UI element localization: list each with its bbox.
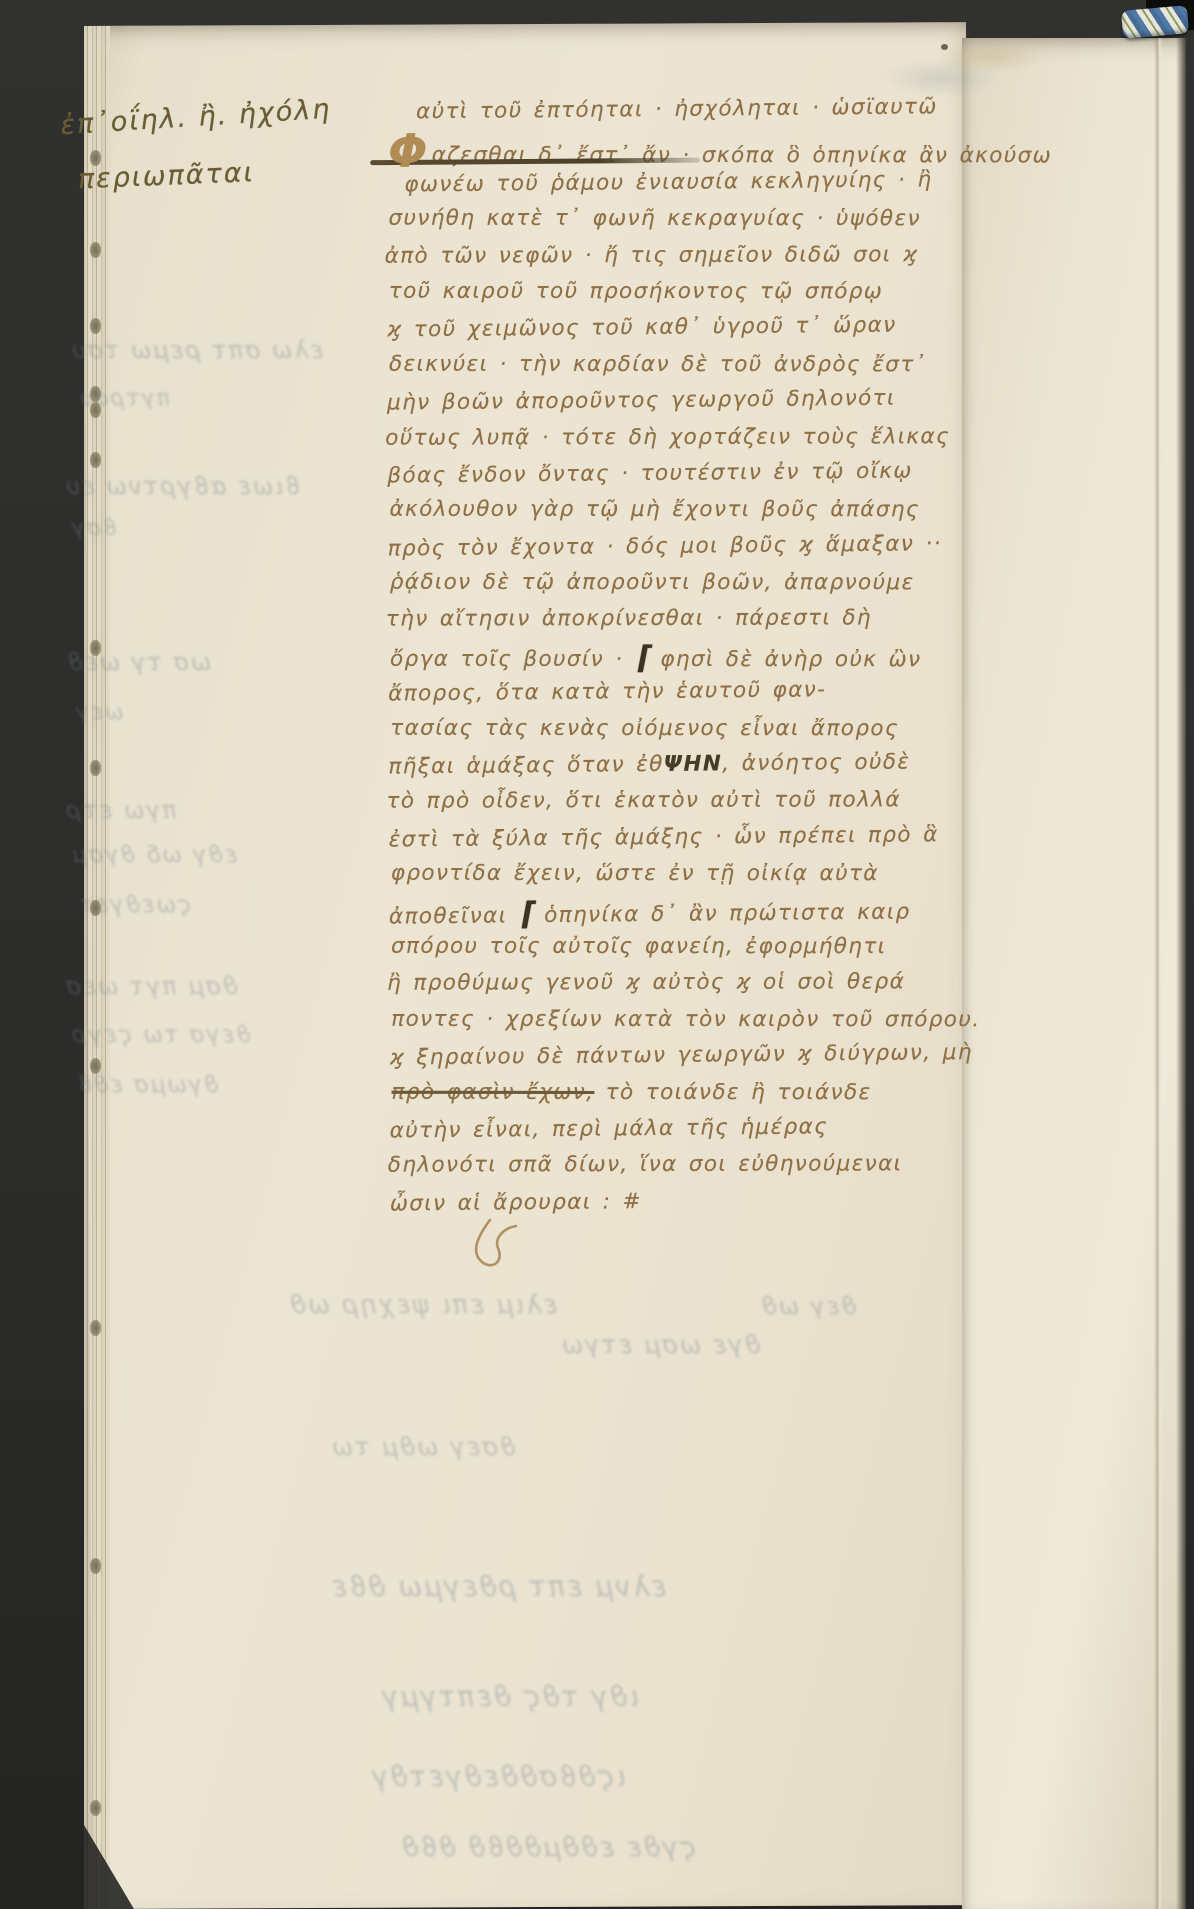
manuscript-line: ἀπὸ τῶν νεφῶν · ἤ τις σημεῖον διδῶ σοι ϗ	[385, 237, 915, 275]
manuscript-line: φροντίδα ἔχειν, ὥστε ἐν τῇ οἰκίᾳ αὐτὰ	[391, 856, 921, 893]
manuscript-line: αὐτὶ τοῦ ἐπτόηται · ἠσχόληται · ὡσϊαυτῶ	[416, 90, 916, 131]
ink-fleck	[941, 44, 948, 50]
ghost-text-line: ελιμ επι ψεχηρ ωϑ	[288, 1290, 558, 1320]
manuscript-line: τασίας τὰς κενὰς οἰόμενος εἶναι ἄπορος	[390, 710, 920, 747]
page-crease	[1154, 38, 1162, 1909]
ghost-text-line: ϑγε ωσμ ετγω	[560, 1330, 761, 1359]
sewing-smudge	[90, 1320, 101, 1336]
ghost-text-line: εϑγ ωδ ϑγσμ	[70, 842, 237, 868]
sewing-smudge	[90, 1800, 101, 1816]
manuscript-line: ἐστὶ τὰ ξύλα τῆς ἁμάξης · ὧν πρέπει πρὸ …	[388, 817, 918, 858]
margin-gloss-line1: ἐπ᾽οΐηλ. ἢ. ἠχόλη	[60, 94, 333, 142]
manuscript-photo: { "manuscript": { "description": "Greek …	[0, 0, 1194, 1909]
manuscript-line: ἀκόλουθον γὰρ τῷ μὴ ἔχοντι βοῦς ἀπάσης	[389, 492, 919, 529]
main-text-block: αὐτὶ τοῦ ἐπτόηται · ἠσχόληται · ὡσϊαυτῶΦ…	[386, 91, 920, 1221]
ghost-text-line: ϑεγσ τω ϛεγρ	[70, 1022, 251, 1048]
ghost-text-line: ϐσγ	[70, 516, 116, 541]
paragraph-mark: ⌈	[638, 640, 654, 676]
ghost-text-line: ϐιωε αϐγρτνω ευ	[64, 472, 300, 500]
manuscript-line: τὸ πρὸ οἶδεν, ὅτι ἑκατὸν αὐτὶ τοῦ πολλά	[386, 783, 916, 821]
manuscript-line: τοῦ καιροῦ τοῦ προσήκοντος τῷ σπόρῳ	[389, 274, 919, 311]
manuscript-line: συνήθη κατὲ τ᾽ φωνῆ κεκραγυίας · ὑψόθεν	[388, 201, 918, 238]
ghost-text-line: ϑσεγ ωϑμ τω	[330, 1432, 516, 1461]
manuscript-line: πρὸς τὸν ἔχοντα · δός μοι βοῦς ϗ ἅμαξαν …	[387, 526, 917, 567]
ghost-text-line: ϑεγ ωϑ	[760, 1292, 857, 1320]
margin-gloss: ἐπ᾽οΐηλ. ἢ. ἠχόλη περιωπᾶται	[59, 79, 366, 213]
final-flourish	[460, 1218, 530, 1278]
manuscript-line: ἄπορος, ὅτα κατὰ τὴν ἑαυτοῦ φαν-	[388, 672, 918, 713]
ghost-text-line: ϛγϑε εϑϑμϑϑϐϑ ϑϐϑ	[400, 1832, 696, 1863]
ghost-text-line: ωεγ	[74, 700, 123, 725]
ghost-text-line: ϑγωμσ εϑϐ	[76, 1072, 218, 1098]
sewing-smudge	[90, 760, 101, 776]
ghost-text-line: ιϑγ τϑϛ ϑεπτγμγ	[380, 1680, 639, 1713]
ghost-text-line: ελνμ επτ ρϑεγμω ϑϐε	[330, 1570, 666, 1603]
manuscript-line: ὦσιν αἱ ἄρουραι : #	[390, 1181, 920, 1222]
ghost-text-line: ωσ τγ ωεϑ	[66, 648, 211, 676]
manuscript-line: μὴν βοῶν ἀποροῦντος γεωργοῦ δηλονότι	[387, 381, 917, 422]
binding-gutter-edge	[84, 26, 110, 1909]
ghost-text-line: πγτρσυ	[78, 386, 170, 411]
ghost-text-line: ϑσμ πγτ ωεσ	[64, 972, 238, 1000]
ghost-text-line: ϛωεϑγετ	[78, 892, 191, 918]
manuscript-line: ποντες · χρεξίων κατὰ τὸν καιρὸν τοῦ σπό…	[391, 1002, 921, 1039]
manuscript-line: φωνέω τοῦ ῥάμου ἐνιαυσία κεκληγυίης · ἢ	[404, 162, 916, 203]
manuscript-line: αὐτὴν εἶναι, περὶ μάλα τῆς ἡμέρας	[389, 1108, 919, 1149]
manuscript-line: δεικνύει · τὴν καρδίαν δὲ τοῦ ἀνδρὸς ἔστ…	[389, 347, 919, 384]
manuscript-line: Φαζεσθαι δ᾽ ἔστ᾽ ἄν · σκόπα ὃ ὁπηνίκα ἂν…	[388, 128, 918, 165]
manuscript-line: ἢ προθύμως γενοῦ ϗ αὐτὸς ϗ οἱ σοὶ θερά	[387, 965, 917, 1003]
manuscript-line: ἀποθεῖναι ⌈ὁπηνίκα δ᾽ ἂν πρώτιστα καιρ	[389, 890, 919, 931]
manuscript-line: δηλονότι σπᾶ δίων, ἵνα σοι εὐθηνούμεναι	[388, 1147, 918, 1185]
manuscript-line: ϗ ξηραίνου δὲ πάντων γεωργῶν ϗ διύγρων, …	[389, 1036, 919, 1077]
manuscript-line: πῆξαι ἁμάξας ὅταν ἐθΨΗΝ, ἀνόητος οὐδὲ	[388, 744, 918, 785]
fore-edge-shadow	[1176, 38, 1186, 1909]
manuscript-line: πρὸ φασὶν ἔχων, τὸ τοιάνδε ἢ τοιάνδε	[392, 1074, 922, 1111]
margin-gloss-line2: περιωπᾶται	[77, 140, 365, 209]
sewing-smudge	[90, 1558, 101, 1574]
ghost-text-line: ιϛϑϐσϑϑεϑγετϑγ	[370, 1760, 626, 1793]
sewing-smudge	[90, 318, 101, 334]
manuscript-line: ϗ τοῦ χειμῶνος τοῦ καθ᾽ ὑγροῦ τ᾽ ὥραν	[387, 308, 917, 349]
manuscript-line: βόας ἔνδον ὄντας · τουτέστιν ἐν τῷ οἴκῳ	[387, 453, 917, 494]
manuscript-line: οὕτως λυπᾷ · τότε δὴ χορτάζειν τοὺς ἕλικ…	[385, 419, 915, 457]
sewing-smudge	[90, 452, 101, 468]
facing-page-edge	[962, 38, 1186, 1909]
endband-icon	[1121, 5, 1189, 39]
ghost-text-line: πγω ετρ	[64, 796, 177, 824]
paragraph-mark: ⌈	[521, 896, 537, 932]
manuscript-line: ὄργα τοῖς βουσίν · ⌈φησὶ δὲ ἀνὴρ οὐκ ὢν	[390, 638, 920, 675]
manuscript-line: τὴν αἴτησιν ἀποκρίνεσθαι · πάρεστι δὴ	[386, 601, 916, 639]
manuscript-line: ῥᾴδιον δὲ τῷ ἀποροῦντι βοῶν, ἀπαρνούμε	[390, 565, 920, 602]
ghost-text-line: ελω σπτ ρεμω τσυ	[70, 336, 323, 364]
manuscript-line: σπόρου τοῖς αὐτοῖς φανείη, ἐφορμήθητι	[391, 929, 921, 966]
sewing-smudge	[90, 242, 101, 258]
